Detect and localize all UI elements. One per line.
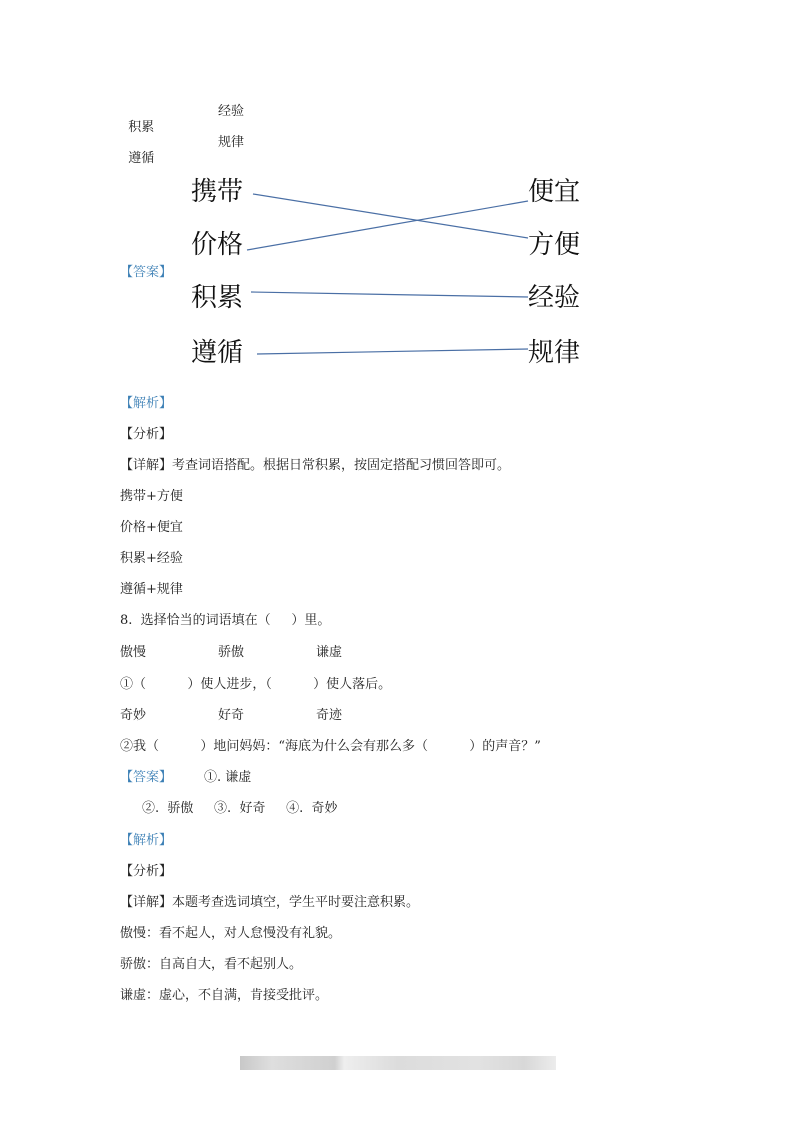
definition: 谦虚：虚心，不自满，肯接受批评。 <box>120 988 328 1004</box>
connector-line <box>253 194 528 238</box>
sentence: ②我（ ）地问妈妈：“海底为什么会有那么多（ ）的声音？” <box>120 739 541 755</box>
pair-line: 遵循+规律 <box>120 582 183 598</box>
detail-text: 【详解】考查词语搭配。根据日常积累，按固定搭配习惯回答即可。 <box>120 458 510 474</box>
fenxi-label: 【分析】 <box>120 427 172 443</box>
answer-text: ①. 谦虚 <box>204 770 251 786</box>
option: 好奇 <box>218 708 244 724</box>
blurred-footer-watermark <box>240 1056 556 1070</box>
answer-text: ②. 骄傲 ③. 好奇 ④. 奇妙 <box>142 801 338 817</box>
option: 傲慢 <box>120 645 146 661</box>
question-title: 8. 选择恰当的词语填在（ ）里。 <box>120 613 330 629</box>
analysis-label: 【解析】 <box>120 396 172 412</box>
option: 骄傲 <box>218 645 244 661</box>
connector-line <box>251 292 528 297</box>
detail-text: 【详解】本题考查选词填空，学生平时要注意积累。 <box>120 895 419 911</box>
definition: 骄傲：自高自大，看不起别人。 <box>120 957 302 973</box>
answer-label: 【答案】 <box>120 770 172 786</box>
sentence: ①（ ）使人进步，（ ）使人落后。 <box>120 677 391 693</box>
pair-line: 积累+经验 <box>120 551 183 567</box>
option: 谦虚 <box>316 645 342 661</box>
pair-line: 价格+便宜 <box>120 520 183 536</box>
pair-line: 携带+方便 <box>120 489 183 505</box>
connector-line <box>257 349 528 354</box>
answer-label: 【答案】 <box>120 265 172 281</box>
fenxi-label: 【分析】 <box>120 864 172 880</box>
analysis-label: 【解析】 <box>120 833 172 849</box>
definition: 傲慢：看不起人，对人怠慢没有礼貌。 <box>120 926 341 942</box>
connector-line <box>247 201 528 250</box>
option: 奇迹 <box>316 708 342 724</box>
option: 奇妙 <box>120 708 146 724</box>
connector-lines <box>0 0 793 400</box>
